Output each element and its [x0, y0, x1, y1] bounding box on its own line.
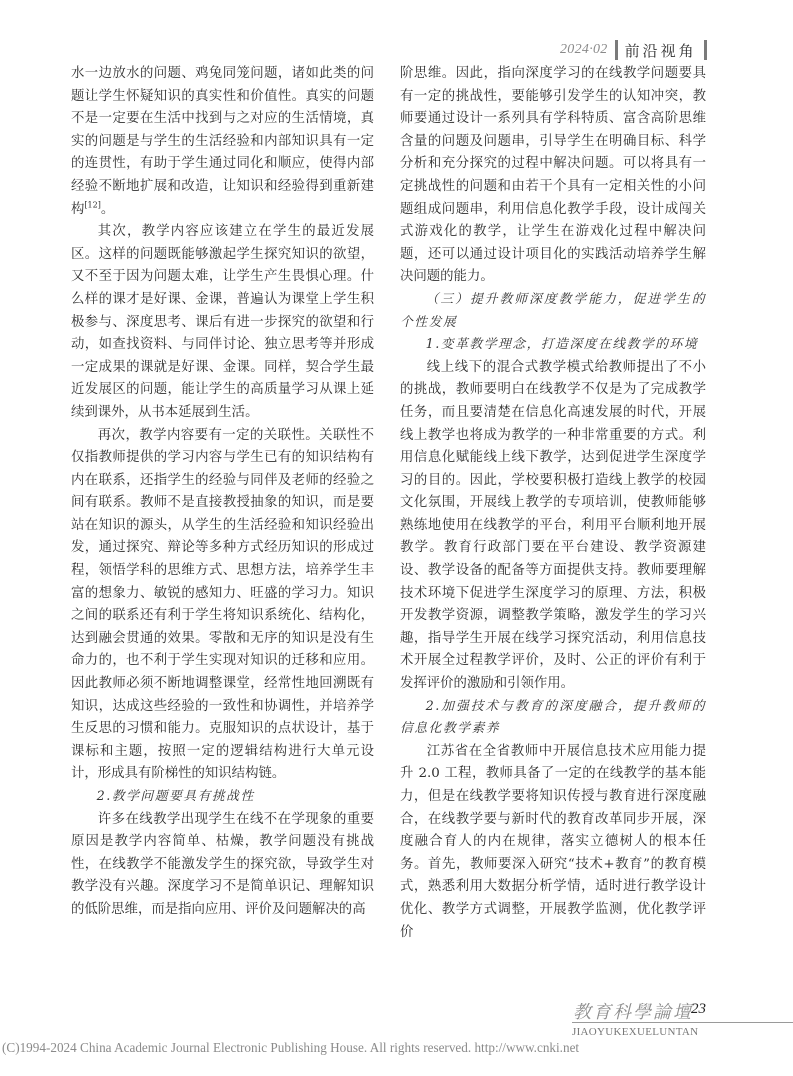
running-header: 2024·02 前沿视角	[560, 38, 714, 62]
journal-pinyin: JIAOYUKEXUELUNTAN	[572, 1026, 698, 1038]
copyright-notice: (C)1994-2024 China Academic Journal Elec…	[2, 1040, 579, 1056]
section-title: 前沿视角	[625, 40, 697, 61]
citation-ref: [12]	[84, 200, 100, 209]
issue-date: 2024·02	[560, 42, 608, 58]
header-divider-right	[704, 40, 707, 60]
paragraph: 其次，教学内容应该建立在学生的最近发展区。这样的问题既能够激起学生探究知识的欲望…	[71, 221, 374, 424]
subsection-heading: 1.变革教学理念，打造深度在线教学的环境	[400, 334, 706, 357]
section-heading: （三）提升教师深度教学能力，促进学生的个性发展	[400, 289, 706, 334]
paragraph: 线上线下的混合式教学模式给教师提出了不小的挑战，教师要明白在线教学不仅是为了完成…	[400, 357, 706, 696]
left-column: 水一边放水的问题、鸡兔同笼问题，诸如此类的问题让学生怀疑知识的真实性和价值性。真…	[71, 63, 374, 922]
subsection-heading: 2.加强技术与教育的深度融合，提升教师的信息化教学素养	[400, 696, 706, 741]
footer-rule	[572, 1022, 793, 1023]
paragraph: 许多在线教学出现学生在线不在学现象的重要原因是教学内容简单、枯燥，教学问题没有挑…	[71, 809, 374, 922]
subsection-heading: 2.教学问题要具有挑战性	[71, 786, 374, 809]
paragraph: 水一边放水的问题、鸡兔同笼问题，诸如此类的问题让学生怀疑知识的真实性和价值性。真…	[71, 63, 374, 221]
journal-logo: 教育科學論壇	[573, 998, 693, 1024]
right-column: 阶思维。因此，指向深度学习的在线教学问题要具有一定的挑战性，要能够引发学生的认知…	[400, 63, 706, 944]
paragraph: 再次，教学内容要有一定的关联性。关联性不仅指教师提供的学习内容与学生已有的知识结…	[71, 425, 374, 787]
page-number: 23	[691, 1001, 706, 1018]
paragraph: 阶思维。因此，指向深度学习的在线教学问题要具有一定的挑战性，要能够引发学生的认知…	[400, 63, 706, 289]
paragraph: 江苏省在全省教师中开展信息技术应用能力提升 2.0 工程，教师具备了一定的在线教…	[400, 741, 706, 944]
header-divider	[615, 40, 618, 60]
paragraph-end: 。	[101, 202, 114, 217]
paragraph-text: 水一边放水的问题、鸡兔同笼问题，诸如此类的问题让学生怀疑知识的真实性和价值性。真…	[71, 66, 374, 217]
